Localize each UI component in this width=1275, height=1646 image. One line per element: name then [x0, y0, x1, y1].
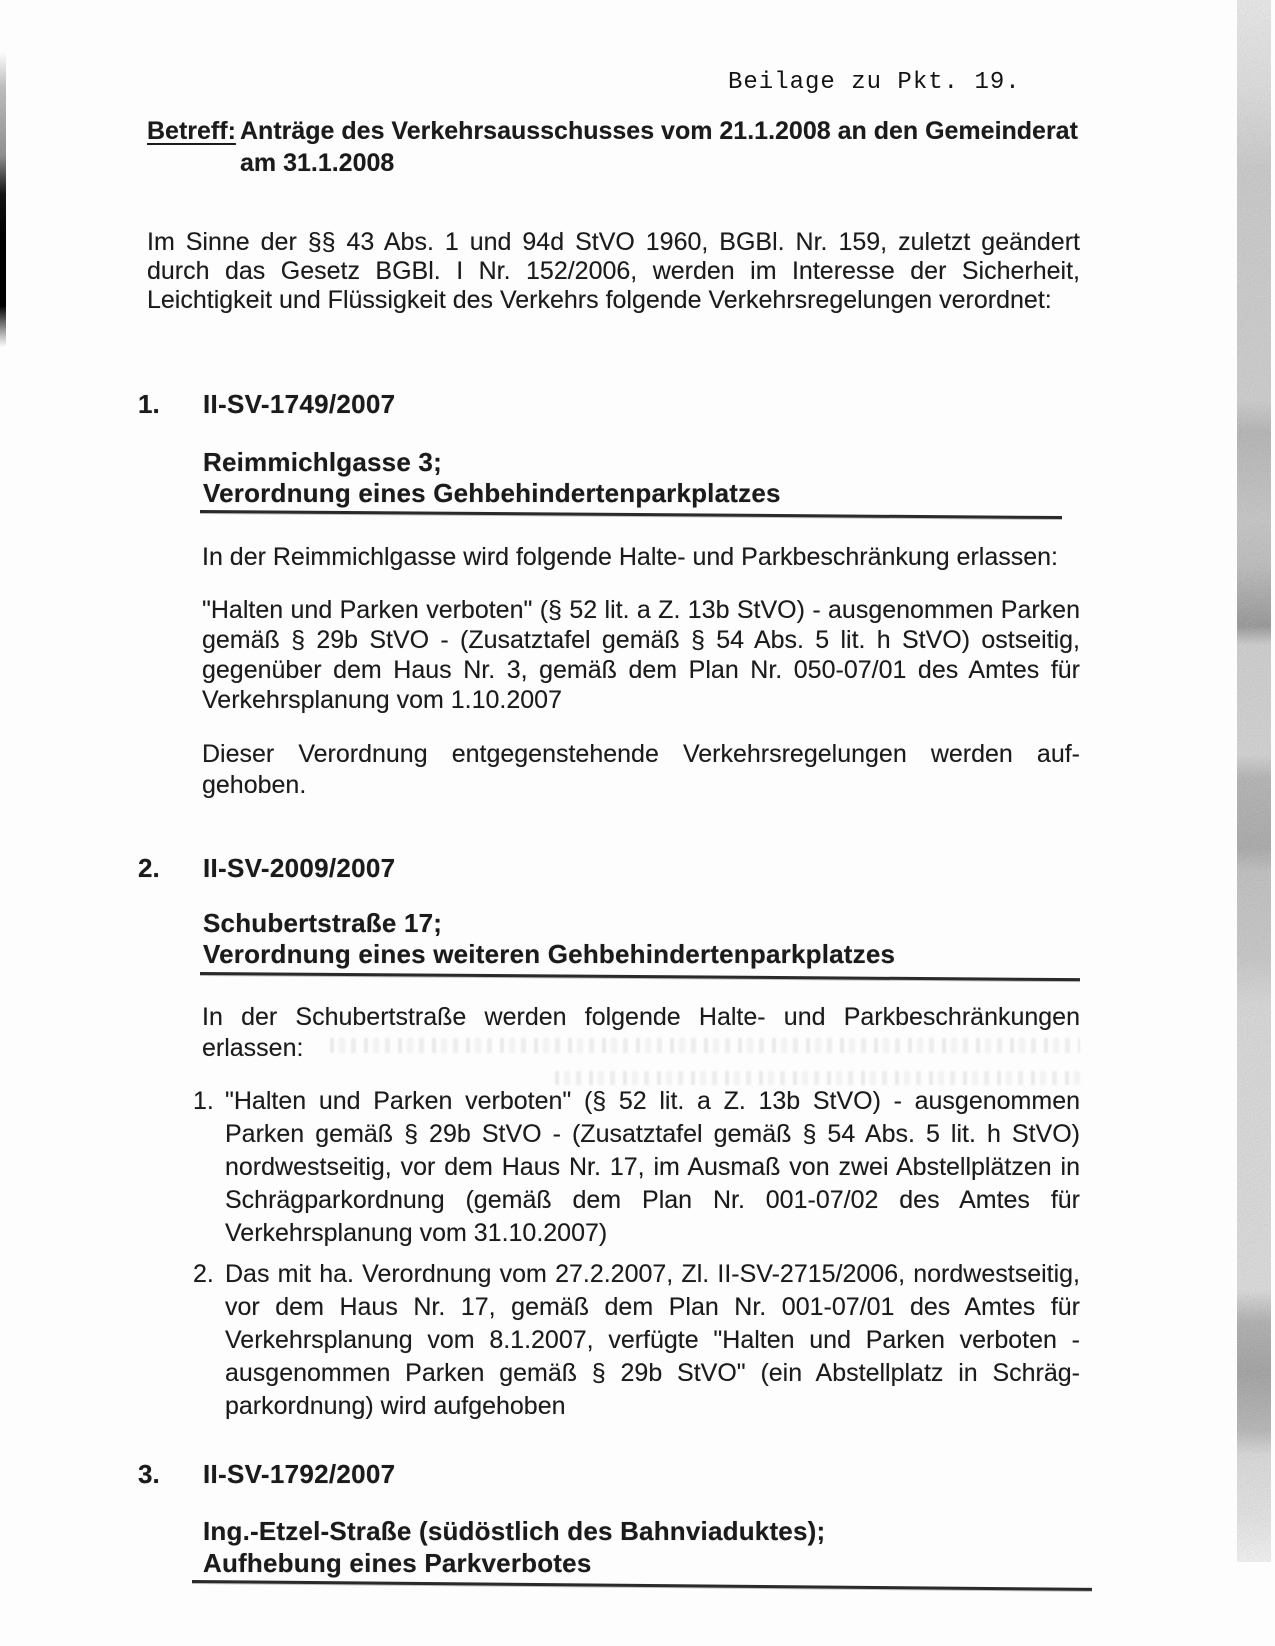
list-item-2-text: Das mit ha. Verordnung vom 27.2.2007, Zl… [225, 1258, 1080, 1423]
section-2-number: 2. [138, 853, 160, 884]
section-3-heading-line2: Aufhebung eines Parkverbotes [203, 1548, 591, 1579]
section-2-heading-line2: Verordnung eines weiteren Gehbehinderten… [203, 939, 895, 970]
section-2-intro-paragraph: In der Schubertstraße werden folgende Ha… [202, 1002, 1080, 1064]
bleed-through-text-artifact [330, 1038, 1080, 1053]
section-2-case-number: II-SV-2009/2007 [203, 853, 395, 884]
scan-strip-noise [1237, 0, 1271, 1562]
scanned-document-page: Beilage zu Pkt. 19. Betreff: Anträge des… [0, 0, 1275, 1646]
section-1-closing-paragraph: Dieser Verordnung entgegenstehende Verke… [202, 739, 1080, 801]
scan-left-edge-artifact [0, 52, 6, 347]
section-1-case-number: II-SV-1749/2007 [203, 389, 395, 420]
section-3-number: 3. [138, 1459, 160, 1490]
section-2-list-item-1: 1. "Halten und Parken verboten" (§ 52 li… [193, 1085, 1080, 1250]
bleed-through-text-artifact [555, 1071, 1080, 1085]
section-3-heading-underline [192, 1580, 1092, 1591]
subject-line2: am 31.1.2008 [240, 148, 394, 178]
section-1-intro-paragraph: In der Reimmichlgasse wird folgende Halt… [202, 542, 1080, 572]
section-3-case-number: II-SV-1792/2007 [203, 1459, 395, 1490]
section-1-heading-underline [200, 510, 1062, 519]
list-item-1-text: "Halten und Parken verboten" (§ 52 lit. … [225, 1085, 1080, 1250]
section-2-list-item-2: 2. Das mit ha. Verordnung vom 27.2.2007,… [193, 1258, 1080, 1423]
list-item-1-number: 1. [193, 1085, 225, 1250]
section-2-heading-underline [200, 972, 1080, 981]
section-1-number: 1. [138, 389, 160, 420]
intro-paragraph: Im Sinne der §§ 43 Abs. 1 und 94d StVO 1… [147, 228, 1080, 315]
section-1-regulation-paragraph: "Halten und Parken verboten" (§ 52 lit. … [202, 595, 1080, 715]
section-3-heading-line1: Ing.-Etzel-Straße (südöstlich des Bahnvi… [203, 1516, 825, 1547]
scan-right-strip-artifact [1237, 0, 1271, 1562]
subject-label: Betreff: [147, 116, 236, 146]
section-2-heading-line1: Schubertstraße 17; [203, 908, 442, 939]
section-1-heading-line2: Verordnung eines Gehbehindertenparkplatz… [203, 478, 781, 509]
section-1-heading-line1: Reimmichlgasse 3; [203, 447, 442, 478]
corner-note: Beilage zu Pkt. 19. [728, 69, 1021, 96]
list-item-2-number: 2. [193, 1258, 225, 1423]
subject-line1: Anträge des Verkehrsausschusses vom 21.1… [240, 116, 1085, 146]
